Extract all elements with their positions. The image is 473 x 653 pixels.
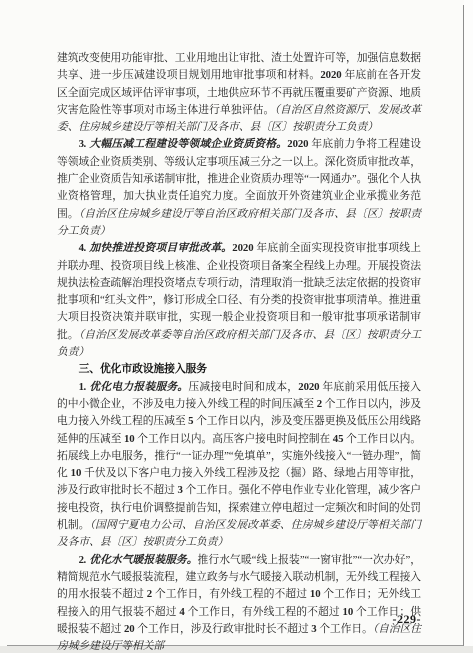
numeral: 3 [79,138,84,150]
text-run: 2020 年底前全面实现投资审批事项线上并联办理、投资项目线上核准、企业投资项目… [57,242,421,340]
text-run: （自治区发展改革委等自治区政府相关部门及各市、县〔区〕按职责分工负责） [57,329,421,358]
document-body: 建筑改变使用功能审批、工业用地出让审批、渣土处置许可等，加强信息数据共享、进一步… [57,50,421,653]
text-run: 压减接电时间和成本，2020 年底前采用低压接入的中小微企业，不涉及电力接入外线… [57,381,421,531]
paragraph: 1. 优化电力报装服务。压减接电时间和成本，2020 年底前采用低压接入的中小微… [57,379,421,552]
section-heading: 三、优化市政设施接入服务 [57,361,421,378]
numeral: 10 [310,588,321,600]
scan-margin-right [464,0,473,646]
numeral: 2020 [232,242,253,254]
text-run: （国网宁夏电力公司、自治区发展改革委、住房城乡建设厅等相关部门及各市、县〔区〕按… [57,519,421,548]
numeral: 2020 [320,69,341,81]
text-run: 4. 加快推进投资项目审批改革。 [79,242,233,254]
paragraph: 2. 优化水气暖报装服务。推行水气暖“线上报装”“一窗审批”“一次办好”，精简规… [57,552,421,653]
paragraph: 3. 大幅压减工程建设等领域企业资质资格。2020 年底前力争将工程建设等领域企… [57,136,421,240]
numeral: 5 [188,415,193,427]
numeral: 1 [79,381,84,393]
numeral: 10 [71,467,82,479]
numeral: 2020 [287,138,308,150]
numeral: 4 [79,242,84,254]
page-edge-right [463,5,464,646]
text-run: 2. 优化水气暖报装服务。 [79,554,198,566]
text-run: 三、优化市政设施接入服务 [79,363,207,375]
text-run: 1. 优化电力报装服务。 [79,381,189,393]
text-run: （自治区住房城乡建设厅等自治区政府相关部门及各市、县〔区〕按职责分工负责） [57,208,421,237]
numeral: 3 [177,484,182,496]
numeral: 2 [147,588,152,600]
numeral: 10 [124,433,135,445]
text-run: 3. 大幅压减工程建设等领域企业资质资格。 [79,138,288,150]
numeral: 2 [79,554,84,566]
page-number: -229- [0,612,421,627]
paragraph: 建筑改变使用功能审批、工业用地出让审批、渣土处置许可等，加强信息数据共享、进一步… [57,50,421,136]
numeral: 45 [333,433,344,445]
numeral: 2 [317,398,322,410]
numeral: 2020 [298,381,319,393]
paragraph: 4. 加快推进投资项目审批改革。2020 年底前全面实现投资审批事项线上并联办理… [57,240,421,361]
